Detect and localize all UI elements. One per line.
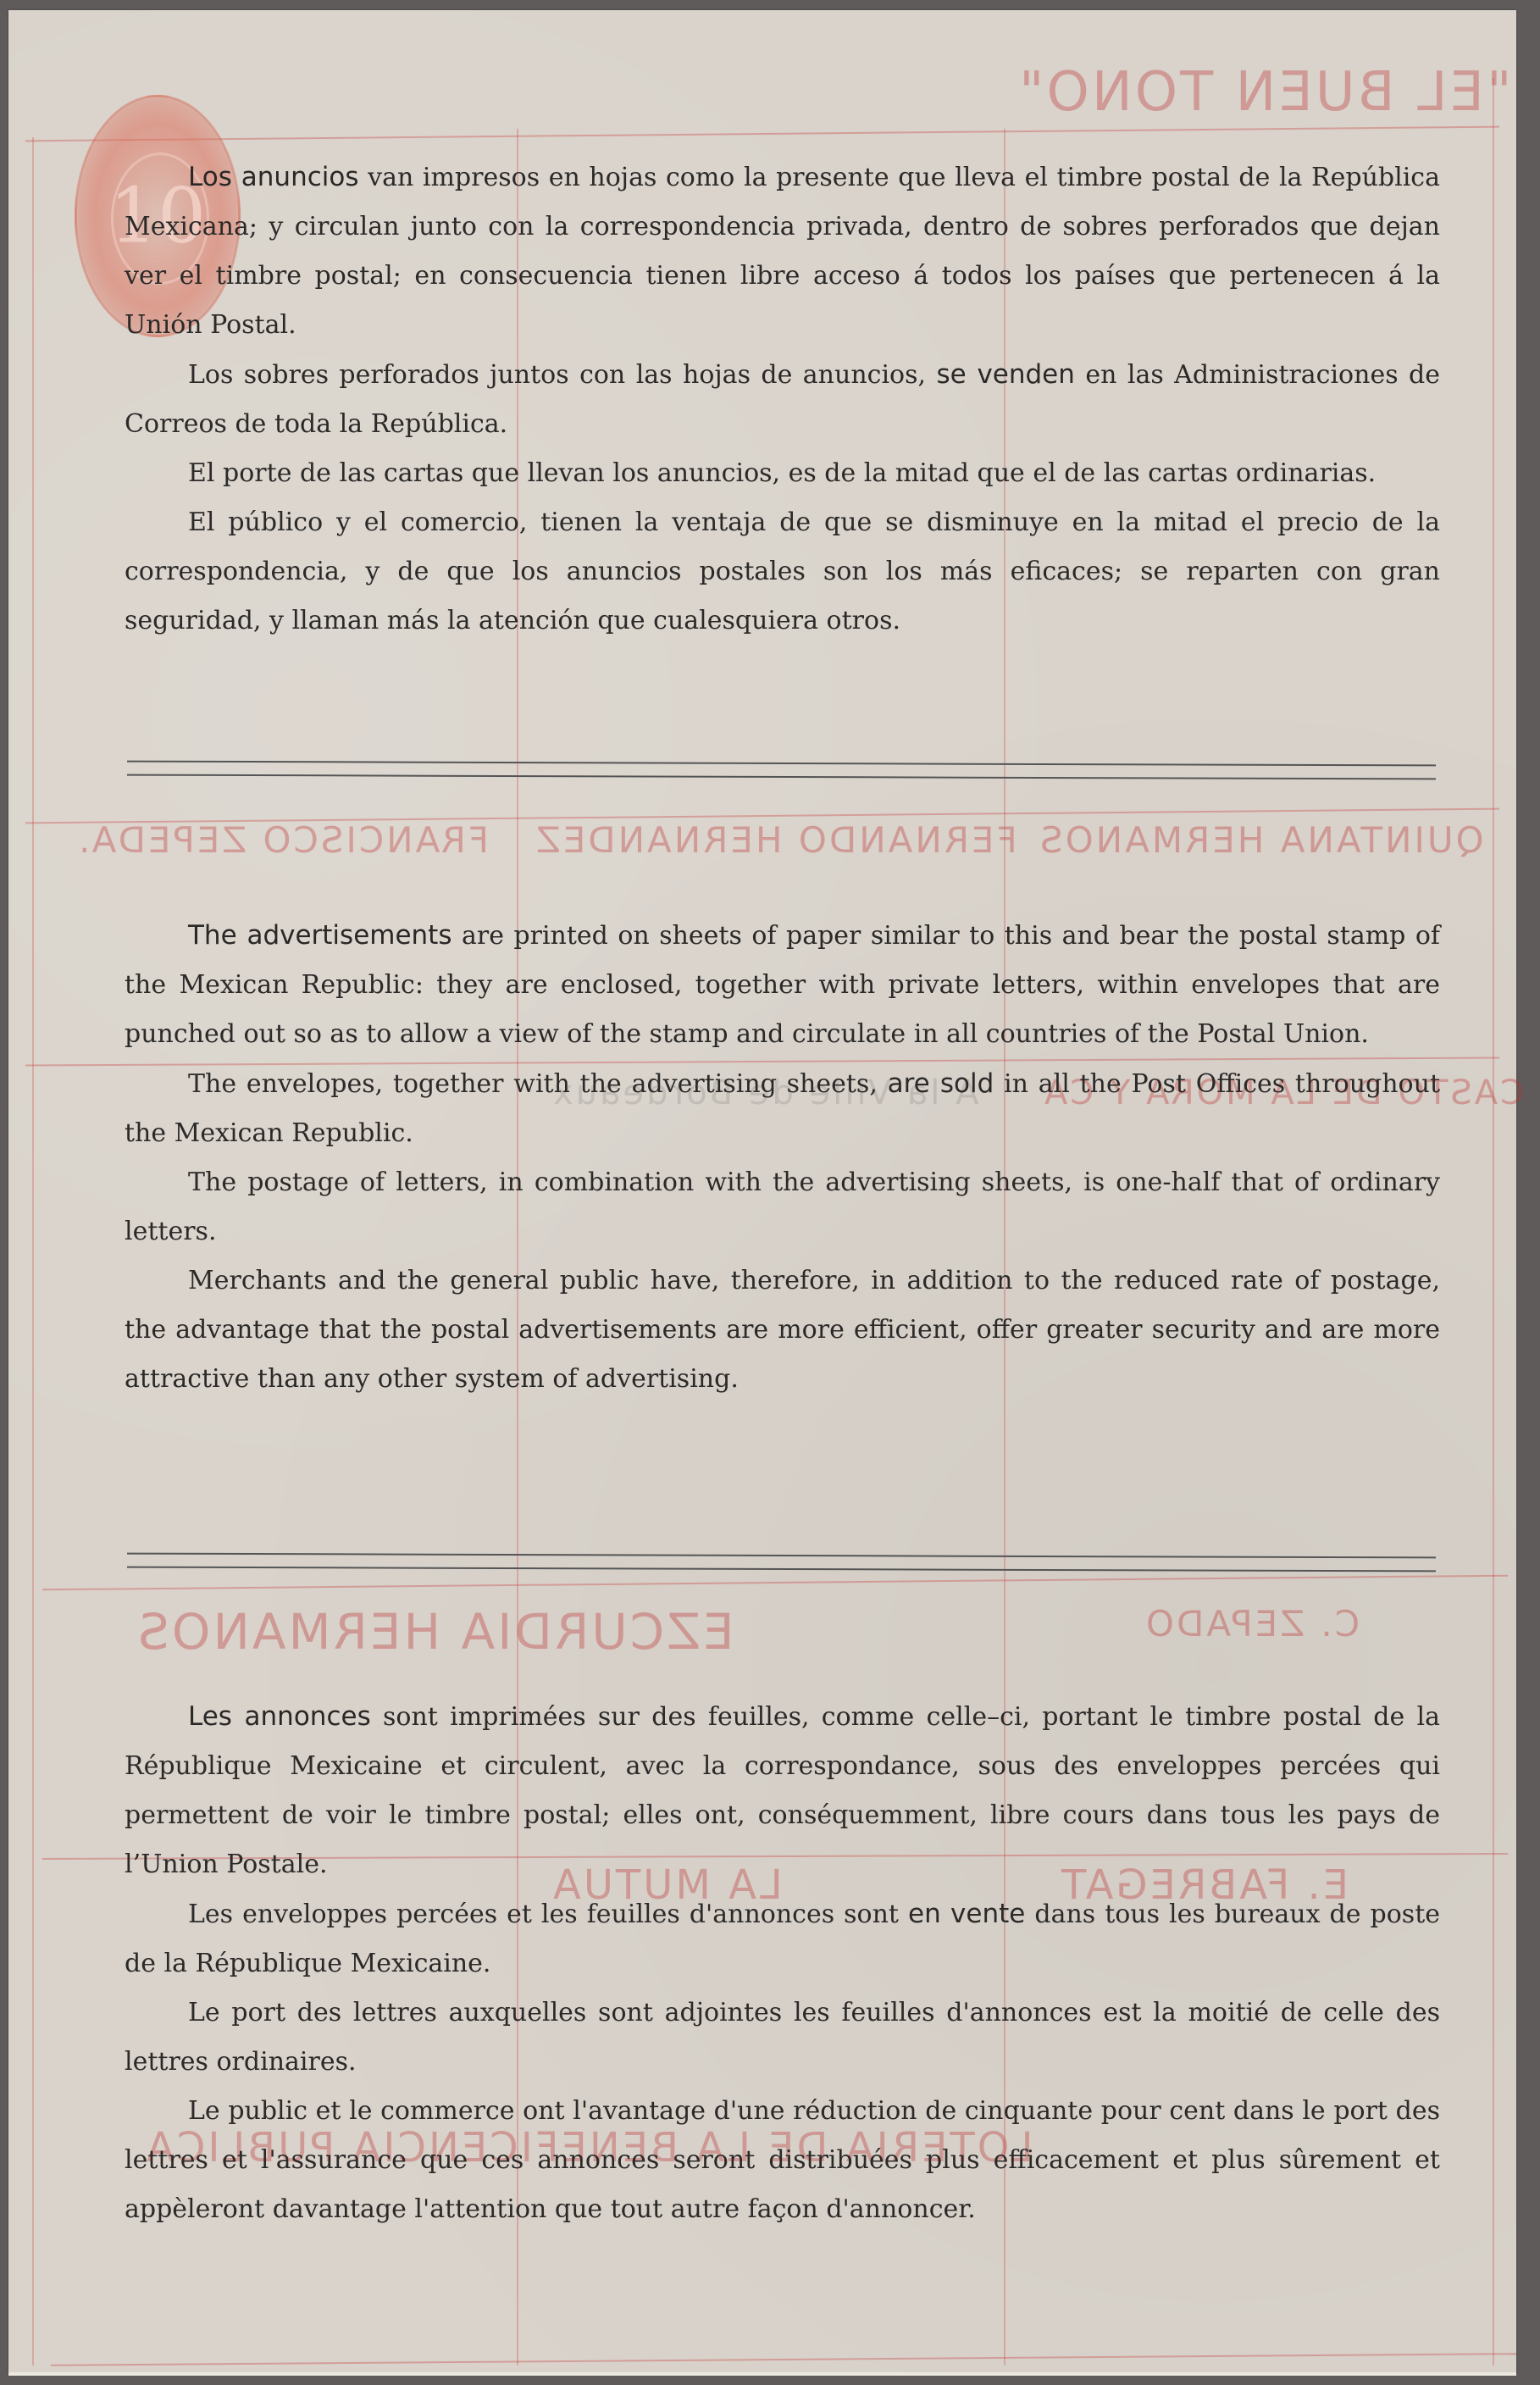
emphasis-text: are sold [888,1068,994,1099]
section-divider [127,761,1436,780]
showthrough-text: FRANCISCO ZEPEDA. [76,819,489,861]
section-english: The advertisements are printed on sheets… [125,911,1440,1404]
paragraph-text: Merchants and the general public have, t… [125,1266,1440,1394]
showthrough-text: C. ZEPADO [1144,1603,1360,1645]
paragraph: The advertisements are printed on sheets… [125,911,1440,1059]
section-french: Les annonces sont imprimées sur des feui… [125,1692,1440,2234]
paragraph: El porte de las cartas que llevan los an… [125,449,1440,498]
paragraph: Merchants and the general public have, t… [125,1256,1440,1404]
paragraph-text: El porte de las cartas que llevan los an… [188,458,1376,488]
paragraph: Le port des lettres auxquelles sont adjo… [125,1988,1440,2087]
section-spanish: Los anuncios van impresos en hojas como … [125,153,1440,646]
showthrough-rule [42,1575,1508,1591]
paragraph: The envelopes, together with the adverti… [125,1059,1440,1158]
showthrough-rule [1493,78,1494,2366]
paragraph-text: The envelopes, together with the adverti… [188,1069,888,1099]
paragraph-text: The postage of letters, in combination w… [125,1168,1440,1246]
paragraph: Les annonces sont imprimées sur des feui… [125,1692,1440,1889]
showthrough-text: "EL BUEN TONO" [1017,61,1511,124]
paragraph: Le public et le commerce ont l'avantage … [125,2087,1440,2234]
paragraph-text: Los sobres perforados juntos con las hoj… [188,360,936,390]
emphasis-text: en vente [908,1899,1025,1929]
paragraph: El público y el comercio, tienen la vent… [125,498,1440,646]
emphasis-text: se venden [936,359,1074,390]
paragraph-text: Le public et le commerce ont l'avantage … [125,2096,1440,2224]
showthrough-text: EZCURDIA HERMANOS [136,1603,734,1661]
paragraph-text: Les enveloppes percées et les feuilles d… [188,1900,908,1929]
paragraph: Los anuncios van impresos en hojas como … [125,153,1440,350]
showthrough-rule [51,2353,1516,2366]
showthrough-text: QUINTANA HERMANOS [1038,819,1484,861]
paragraph-text: Le port des lettres auxquelles sont adjo… [125,1998,1440,2077]
paragraph: The postage of letters, in combination w… [125,1158,1440,1256]
showthrough-rule [25,126,1499,142]
lead-heading: Les annonces [188,1701,371,1732]
paragraph: Los sobres perforados juntos con las hoj… [125,350,1440,449]
paragraph: Les enveloppes percées et les feuilles d… [125,1889,1440,1988]
lead-heading: Los anuncios [188,162,359,192]
document-sheet: "EL BUEN TONO" QUINTANA HERMANOS FERNAND… [8,10,1516,2374]
showthrough-text: FERNANDO HERNANDEZ [534,819,1017,861]
section-divider [127,1553,1436,1572]
sheet-edge [8,2372,1516,2376]
paragraph-text: El público y el comercio, tienen la vent… [125,508,1440,635]
showthrough-rule [32,137,34,2366]
lead-heading: The advertisements [188,920,452,951]
